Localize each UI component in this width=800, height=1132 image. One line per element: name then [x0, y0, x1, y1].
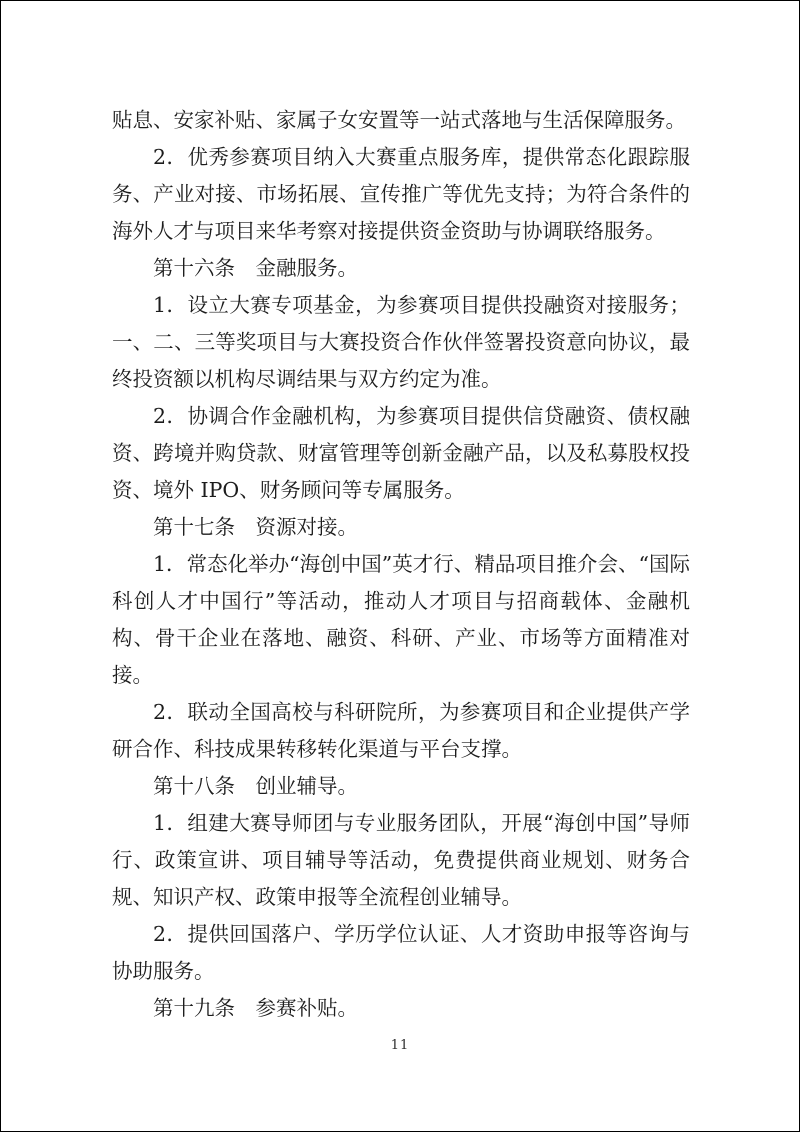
paragraph: 贴息、安家补贴、家属子女安置等一站式落地与生活保障服务。 [112, 102, 690, 139]
paragraph: 第十八条 创业辅导。 [112, 768, 690, 805]
document-page: 贴息、安家补贴、家属子女安置等一站式落地与生活保障服务。2．优秀参赛项目纳入大赛… [0, 0, 800, 1132]
paragraph: 2．提供回国落户、学历学位认证、人才资助申报等咨询与协助服务。 [112, 916, 690, 990]
paragraph: 第十六条 金融服务。 [112, 250, 690, 287]
paragraph: 2．优秀参赛项目纳入大赛重点服务库，提供常态化跟踪服务、产业对接、市场拓展、宣传… [112, 139, 690, 250]
paragraph: 1．设立大赛专项基金，为参赛项目提供投融资对接服务；一、二、三等奖项目与大赛投资… [112, 287, 690, 398]
paragraph: 2．联动全国高校与科研院所，为参赛项目和企业提供产学研合作、科技成果转移转化渠道… [112, 694, 690, 768]
paragraph: 1．组建大赛导师团与专业服务团队，开展“海创中国”导师行、政策宣讲、项目辅导等活… [112, 805, 690, 916]
page-number: 11 [1, 1038, 799, 1053]
document-body: 贴息、安家补贴、家属子女安置等一站式落地与生活保障服务。2．优秀参赛项目纳入大赛… [112, 102, 690, 1027]
paragraph: 2．协调合作金融机构，为参赛项目提供信贷融资、债权融资、跨境并购贷款、财富管理等… [112, 398, 690, 509]
paragraph: 1．常态化举办“海创中国”英才行、精品项目推介会、“国际科创人才中国行”等活动，… [112, 546, 690, 694]
paragraph: 第十七条 资源对接。 [112, 509, 690, 546]
paragraph: 第十九条 参赛补贴。 [112, 990, 690, 1027]
